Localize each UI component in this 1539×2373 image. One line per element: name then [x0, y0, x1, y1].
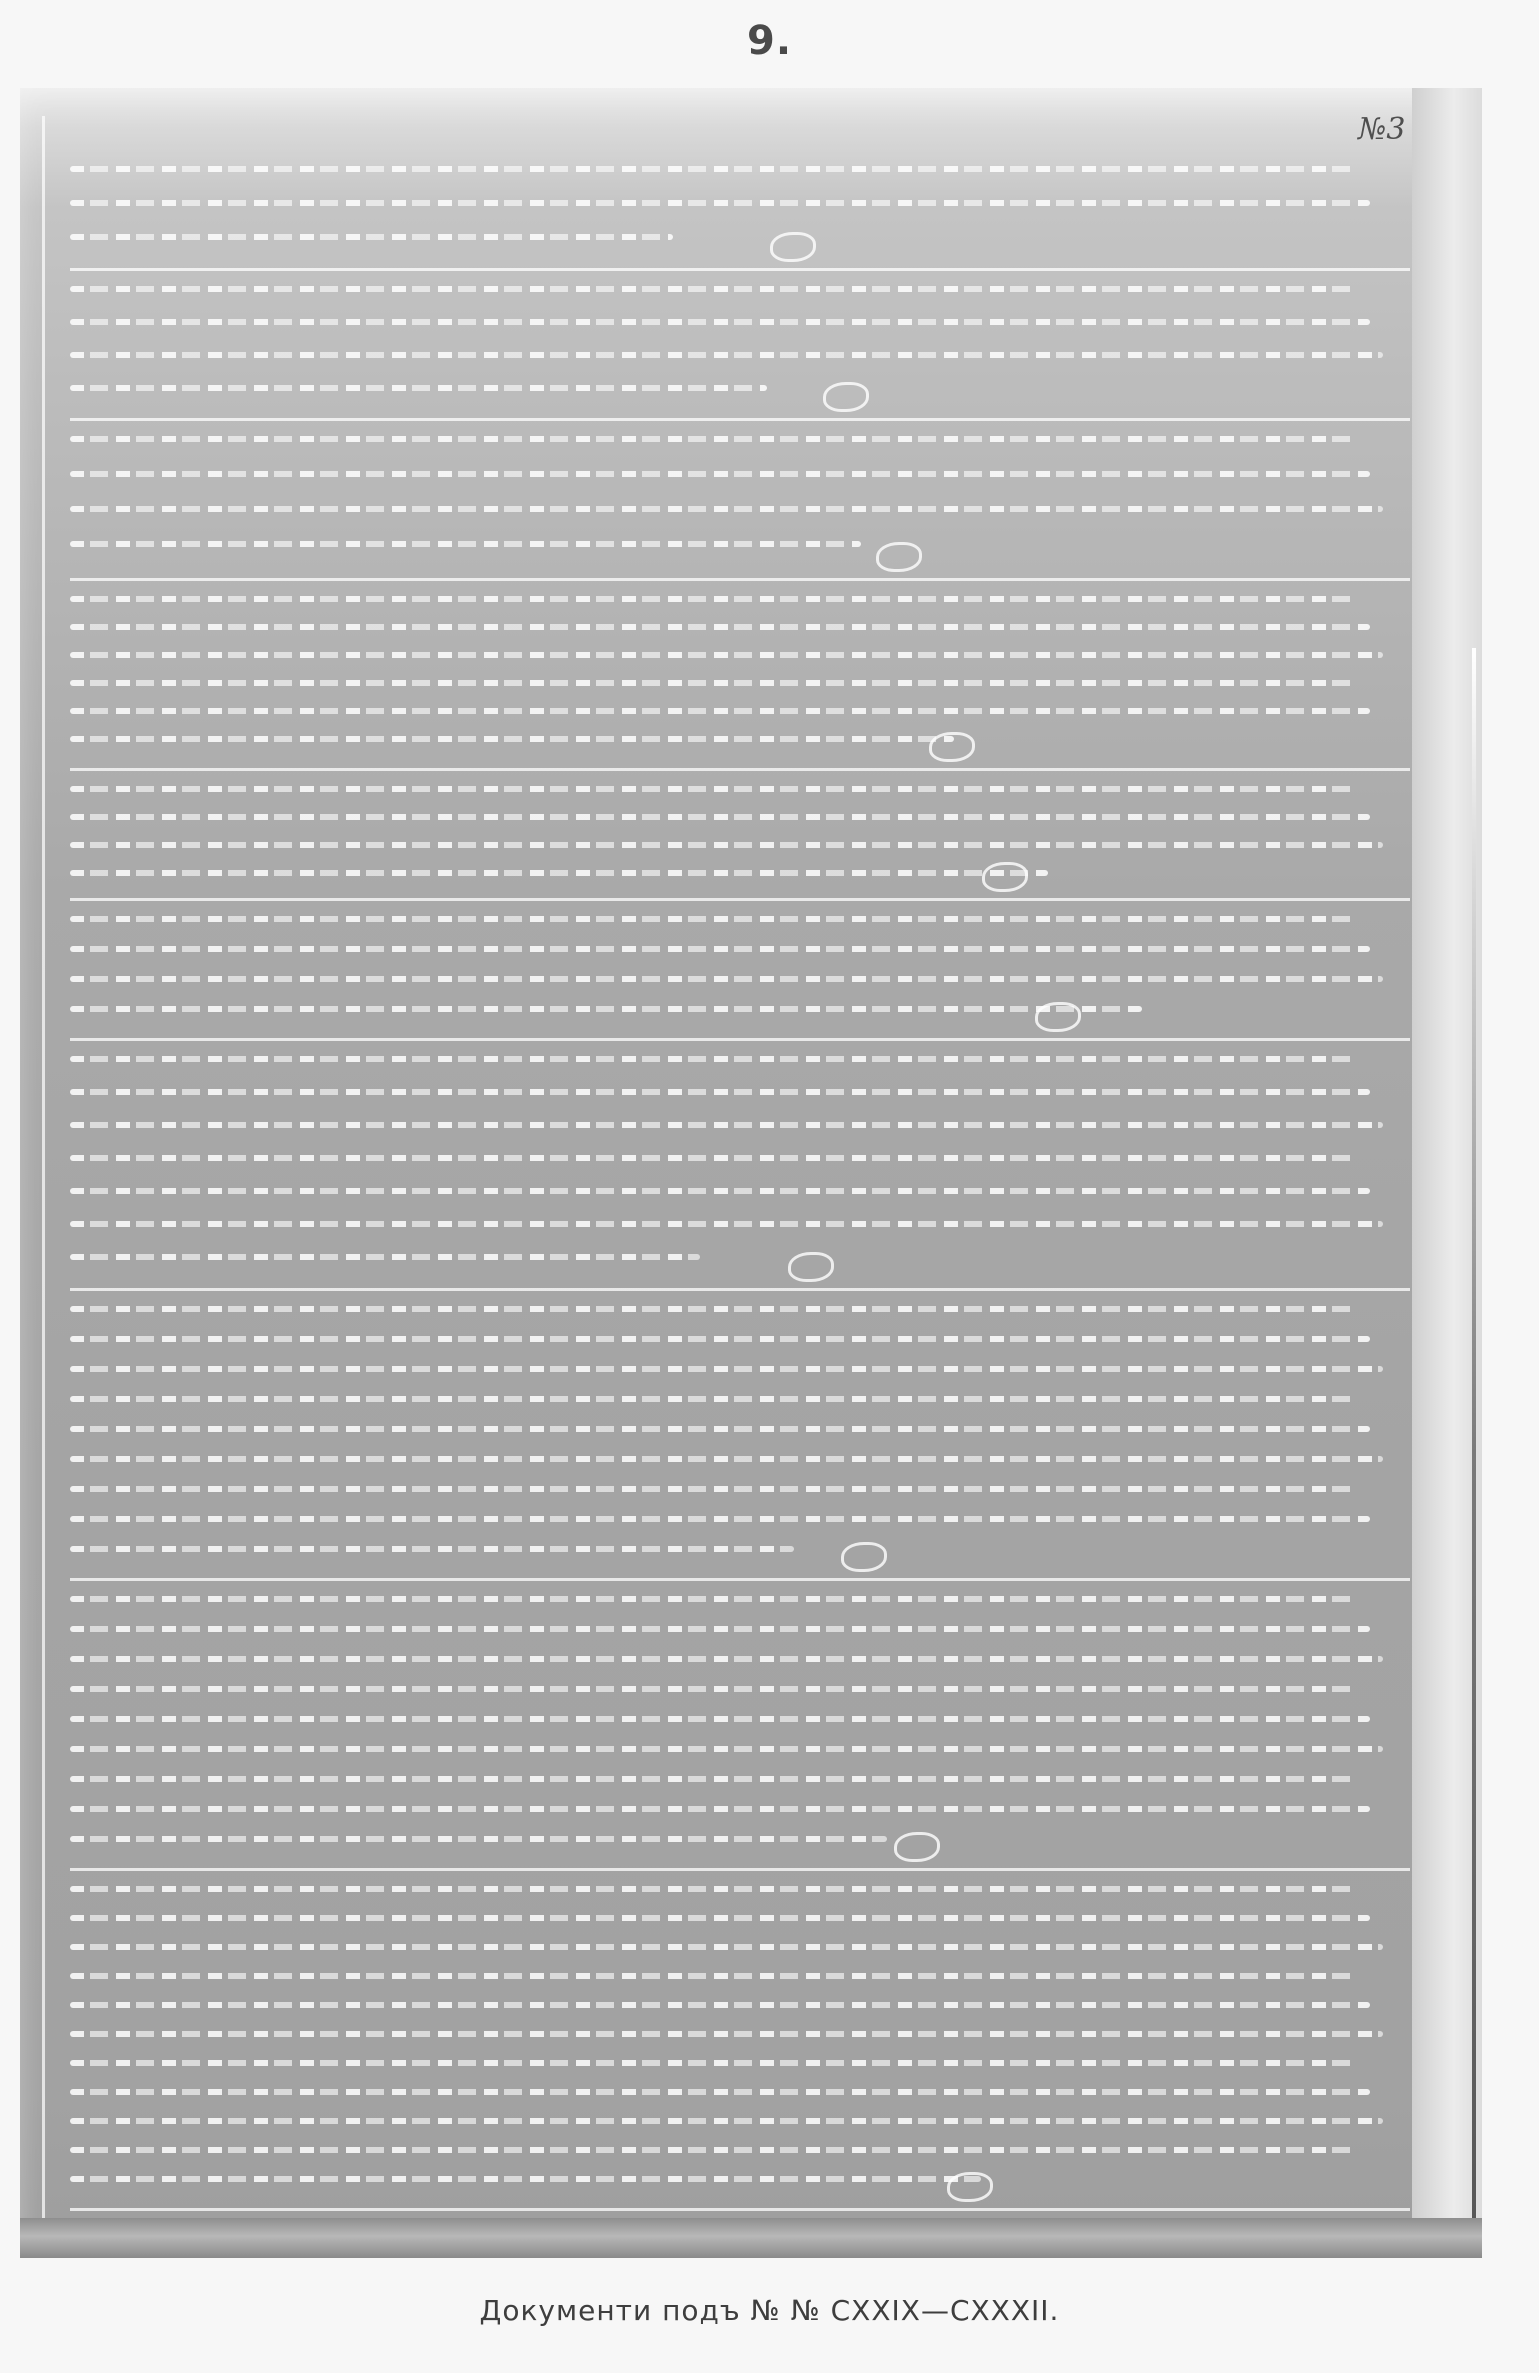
manuscript-section [70, 418, 1410, 581]
handwritten-line [70, 976, 1383, 982]
handwritten-line [70, 2118, 1383, 2124]
manuscript-section [70, 578, 1410, 771]
handwritten-line [70, 1122, 1383, 1128]
manuscript-section [70, 898, 1410, 1041]
handwritten-line [70, 1596, 1356, 1602]
handwritten-line [70, 1306, 1356, 1312]
folio-mark: №3 [1358, 112, 1405, 147]
manuscript-section [70, 768, 1410, 901]
handwritten-line [70, 1336, 1370, 1342]
handwritten-line [70, 624, 1370, 630]
handwritten-line [70, 916, 1356, 922]
manuscript-section [70, 148, 1410, 271]
handwritten-line [70, 736, 954, 742]
handwritten-line [70, 1626, 1370, 1632]
handwritten-line [70, 1396, 1356, 1402]
handwritten-line [70, 1188, 1370, 1194]
handwritten-line [70, 1221, 1383, 1227]
handwritten-line [70, 1915, 1370, 1921]
page-number: 9. [0, 18, 1539, 64]
handwritten-line [70, 2147, 1356, 2153]
handwritten-line [70, 1366, 1383, 1372]
handwritten-line [70, 200, 1370, 206]
handwritten-line [70, 1886, 1356, 1892]
handwritten-line [70, 946, 1370, 952]
plate-caption: Документи подъ № № CXXIX—CXXXII. [0, 2294, 1539, 2327]
handwritten-line [70, 1254, 700, 1260]
handwritten-line [70, 1516, 1370, 1522]
handwritten-line [70, 1944, 1383, 1950]
handwritten-line [70, 1836, 887, 1842]
manuscript-section [70, 1038, 1410, 1291]
handwritten-line [70, 2031, 1383, 2037]
handwritten-line [70, 1546, 794, 1552]
manuscript-section [70, 1578, 1410, 1871]
handwritten-line [70, 436, 1356, 442]
handwritten-line [70, 541, 861, 547]
notary-sign-mark [929, 732, 975, 762]
handwritten-line [70, 1656, 1383, 1662]
handwritten-line [70, 814, 1370, 820]
manuscript-section [70, 268, 1410, 421]
handwritten-line [70, 1456, 1383, 1462]
handwritten-line [70, 596, 1356, 602]
handwritten-line [70, 286, 1356, 292]
notary-sign-mark [894, 1832, 940, 1862]
handwritten-line [70, 1056, 1356, 1062]
handwritten-line [70, 166, 1356, 172]
handwritten-line [70, 385, 767, 391]
handwritten-line [70, 319, 1370, 325]
handwritten-line [70, 2176, 981, 2182]
manuscript-section [70, 1868, 1410, 2211]
notary-sign-mark [770, 232, 816, 262]
handwritten-line [70, 2089, 1370, 2095]
manuscript-plate [20, 88, 1482, 2258]
handwritten-line [70, 1776, 1356, 1782]
notary-sign-mark [823, 382, 869, 412]
handwritten-line [70, 1716, 1370, 1722]
handwritten-line [70, 1426, 1370, 1432]
handwritten-line [70, 1973, 1356, 1979]
handwritten-line [70, 842, 1383, 848]
notary-sign-mark [947, 2172, 993, 2202]
handwritten-line [70, 1006, 1142, 1012]
manuscript-text-area [70, 148, 1410, 2208]
handwritten-line [70, 870, 1048, 876]
handwritten-line [70, 680, 1356, 686]
handwritten-line [70, 1089, 1370, 1095]
handwritten-line [70, 352, 1383, 358]
handwritten-line [70, 786, 1356, 792]
notary-sign-mark [876, 542, 922, 572]
handwritten-line [70, 234, 673, 240]
handwritten-line [70, 506, 1383, 512]
notary-sign-mark [982, 862, 1028, 892]
notary-sign-mark [841, 1542, 887, 1572]
notary-sign-mark [788, 1252, 834, 1282]
handwritten-line [70, 2002, 1370, 2008]
handwritten-line [70, 1486, 1356, 1492]
notary-sign-mark [1035, 1002, 1081, 1032]
handwritten-line [70, 1806, 1370, 1812]
plate-edge-shadow [1472, 648, 1476, 2258]
handwritten-line [70, 1155, 1356, 1161]
manuscript-section [70, 1288, 1410, 1581]
handwritten-line [70, 2060, 1356, 2066]
plate-bottom-edge [20, 2218, 1482, 2258]
handwritten-line [70, 708, 1370, 714]
handwritten-line [70, 471, 1370, 477]
handwritten-line [70, 652, 1383, 658]
plate-left-rule [42, 116, 45, 2236]
handwritten-line [70, 1686, 1356, 1692]
handwritten-line [70, 1746, 1383, 1752]
